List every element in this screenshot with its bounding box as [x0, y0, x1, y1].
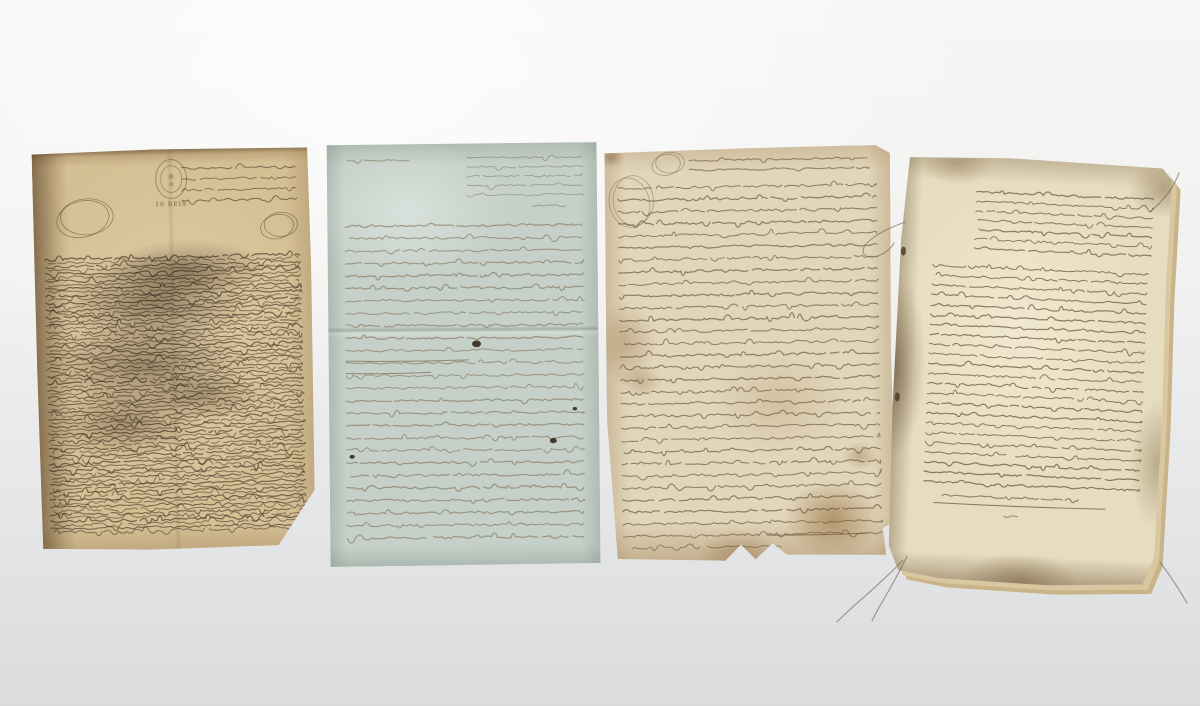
script-line — [347, 498, 585, 504]
script-line — [624, 336, 878, 347]
script-line — [346, 333, 583, 340]
script-line — [345, 272, 583, 280]
script-line — [347, 483, 584, 492]
underline-stroke — [346, 360, 468, 362]
underline-stroke — [346, 372, 430, 374]
handwriting-layer — [603, 145, 896, 563]
script-line — [350, 233, 582, 243]
script-line — [618, 228, 876, 240]
script-line — [632, 543, 781, 551]
script-line — [924, 459, 1139, 475]
script-line — [621, 385, 879, 396]
script-line — [345, 258, 583, 267]
ink-blot — [350, 455, 355, 459]
script-line — [927, 402, 1142, 415]
script-line — [622, 480, 881, 492]
script-line — [621, 361, 879, 373]
script-line — [619, 276, 878, 287]
script-line — [620, 311, 879, 323]
script-line — [621, 375, 880, 384]
script-line — [926, 410, 1142, 424]
script-line — [45, 251, 300, 264]
script-line — [623, 529, 881, 540]
script-line — [624, 445, 880, 457]
script-line — [622, 433, 880, 444]
script-line — [929, 353, 1144, 365]
script-line — [347, 159, 408, 163]
script-line — [618, 180, 877, 192]
script-line — [942, 494, 1078, 503]
script-line — [926, 421, 1141, 434]
script-line — [347, 521, 584, 528]
photo-background: 10 REIS — [0, 0, 1200, 706]
script-line — [182, 195, 297, 205]
underline-stroke — [934, 502, 1105, 510]
script-line — [623, 518, 883, 527]
script-line — [467, 155, 581, 161]
manuscript-document-1: 10 REIS — [31, 146, 317, 552]
script-line — [619, 289, 877, 300]
script-line — [467, 183, 581, 190]
flourish — [258, 211, 296, 242]
script-line — [928, 379, 1143, 396]
script-line — [924, 470, 1139, 482]
script-line — [533, 205, 566, 207]
script-line — [933, 262, 1148, 278]
script-line — [926, 430, 1141, 444]
script-line — [932, 282, 1147, 297]
script-line — [1004, 516, 1018, 518]
script-line — [351, 470, 585, 478]
script-line — [467, 192, 583, 197]
script-line — [930, 322, 1145, 335]
script-line — [936, 272, 1147, 285]
script-line — [345, 222, 582, 227]
handwriting-layer — [31, 146, 317, 552]
script-line — [929, 360, 1144, 375]
script-line — [931, 312, 1146, 326]
script-line — [623, 493, 881, 503]
script-line — [929, 341, 1144, 357]
script-line — [620, 302, 878, 312]
script-line — [347, 433, 584, 441]
script-line — [49, 439, 306, 455]
script-line — [623, 505, 881, 516]
ink-blot — [573, 407, 577, 410]
booklet-front-page — [884, 152, 1174, 591]
script-line — [618, 193, 876, 204]
script-line — [346, 397, 583, 405]
ink-blot — [472, 340, 481, 347]
script-line — [979, 227, 1152, 241]
script-line — [975, 236, 1152, 249]
script-line — [930, 333, 1145, 347]
script-line — [622, 421, 880, 433]
script-line — [467, 165, 583, 170]
manuscript-booklet-4 — [884, 152, 1174, 591]
flourish — [264, 211, 299, 237]
script-line — [621, 397, 879, 407]
script-line — [976, 208, 1153, 221]
script-line — [346, 409, 584, 417]
flourish — [650, 152, 683, 179]
script-line — [622, 469, 881, 481]
script-line — [618, 217, 876, 229]
script-line — [346, 283, 583, 291]
manuscript-document-3 — [603, 145, 896, 563]
script-line — [347, 445, 585, 454]
manuscript-document-2 — [326, 142, 601, 567]
script-line — [346, 421, 583, 428]
script-line — [689, 155, 867, 163]
script-line — [977, 189, 1154, 201]
handwriting-layer — [884, 152, 1174, 591]
handwriting-layer — [326, 142, 601, 567]
script-line — [925, 449, 1141, 463]
script-line — [621, 409, 879, 420]
script-line — [620, 325, 878, 334]
script-line — [974, 245, 1151, 259]
script-line — [689, 166, 869, 172]
script-line — [619, 253, 877, 263]
script-line — [346, 383, 583, 391]
script-line — [347, 458, 584, 467]
script-line — [347, 509, 584, 516]
script-line — [619, 243, 877, 250]
script-line — [622, 456, 881, 467]
script-line — [619, 264, 877, 276]
script-line — [182, 186, 296, 193]
underline-stroke — [767, 533, 867, 536]
script-line — [181, 162, 295, 171]
script-line — [182, 176, 296, 182]
script-line — [978, 217, 1152, 231]
script-line — [346, 323, 583, 329]
script-line — [925, 440, 1141, 455]
script-line — [345, 246, 582, 254]
script-line — [467, 174, 582, 178]
script-line — [620, 347, 878, 359]
script-line — [346, 347, 583, 353]
flourish — [59, 197, 114, 236]
script-line — [346, 311, 583, 317]
script-line — [618, 206, 877, 217]
script-line — [51, 522, 306, 532]
script-line — [46, 295, 301, 308]
script-line — [924, 479, 1140, 493]
script-line — [976, 198, 1153, 212]
script-line — [347, 532, 584, 543]
script-line — [346, 296, 585, 303]
ink-blot — [550, 438, 557, 443]
loose-thread — [1160, 562, 1187, 603]
